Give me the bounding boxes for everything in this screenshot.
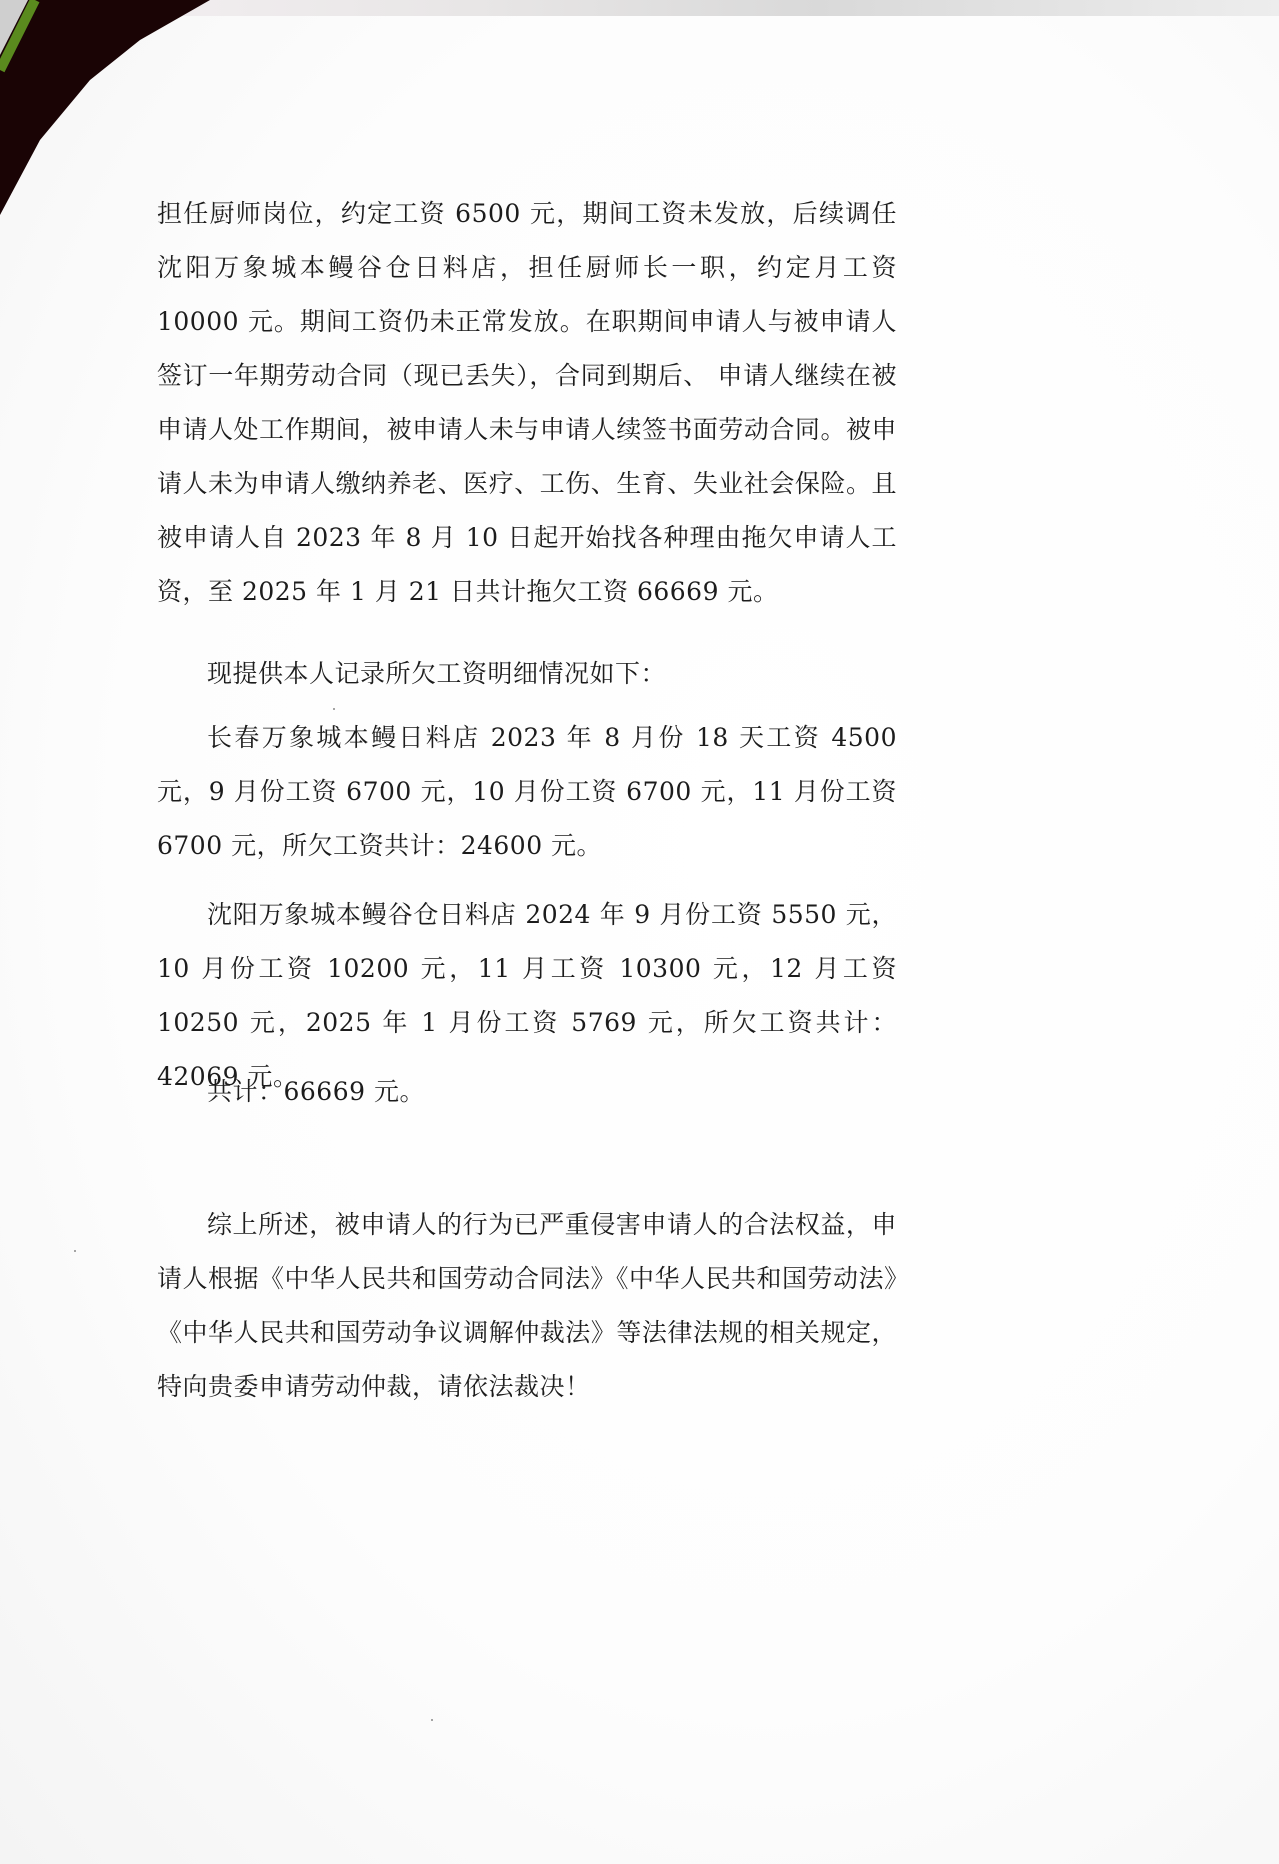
paragraph-text: 长春万象城本鳗日料店 2023 年 8 月份 18 天工资 4500 元，9 月…: [157, 711, 897, 873]
paragraph-text: 综上所述，被申请人的行为已严重侵害申请人的合法权益，申请人根据《中华人民共和国劳…: [157, 1198, 897, 1414]
paragraph-grand-total: 共计：66669 元。: [157, 1065, 897, 1119]
scan-speck: [431, 1719, 433, 1721]
scan-speck: [74, 1250, 76, 1252]
paragraph-text: 共计：66669 元。: [157, 1065, 897, 1119]
paragraph-changchun-wages: 长春万象城本鳗日料店 2023 年 8 月份 18 天工资 4500 元，9 月…: [157, 711, 897, 873]
paragraph-details-intro: 现提供本人记录所欠工资明细情况如下：: [157, 647, 897, 701]
paragraph-text: 现提供本人记录所欠工资明细情况如下：: [157, 647, 897, 701]
scan-top-edge: [128, 0, 1279, 16]
paragraph-text: 担任厨师岗位，约定工资 6500 元，期间工资未发放，后续调任沈阳万象城本鳗谷仓…: [157, 187, 897, 619]
scan-speck: [333, 708, 335, 710]
paragraph-conclusion: 综上所述，被申请人的行为已严重侵害申请人的合法权益，申请人根据《中华人民共和国劳…: [157, 1198, 897, 1414]
document-page: 担任厨师岗位，约定工资 6500 元，期间工资未发放，后续调任沈阳万象城本鳗谷仓…: [0, 0, 1279, 1864]
paragraph-facts: 担任厨师岗位，约定工资 6500 元，期间工资未发放，后续调任沈阳万象城本鳗谷仓…: [157, 187, 897, 619]
